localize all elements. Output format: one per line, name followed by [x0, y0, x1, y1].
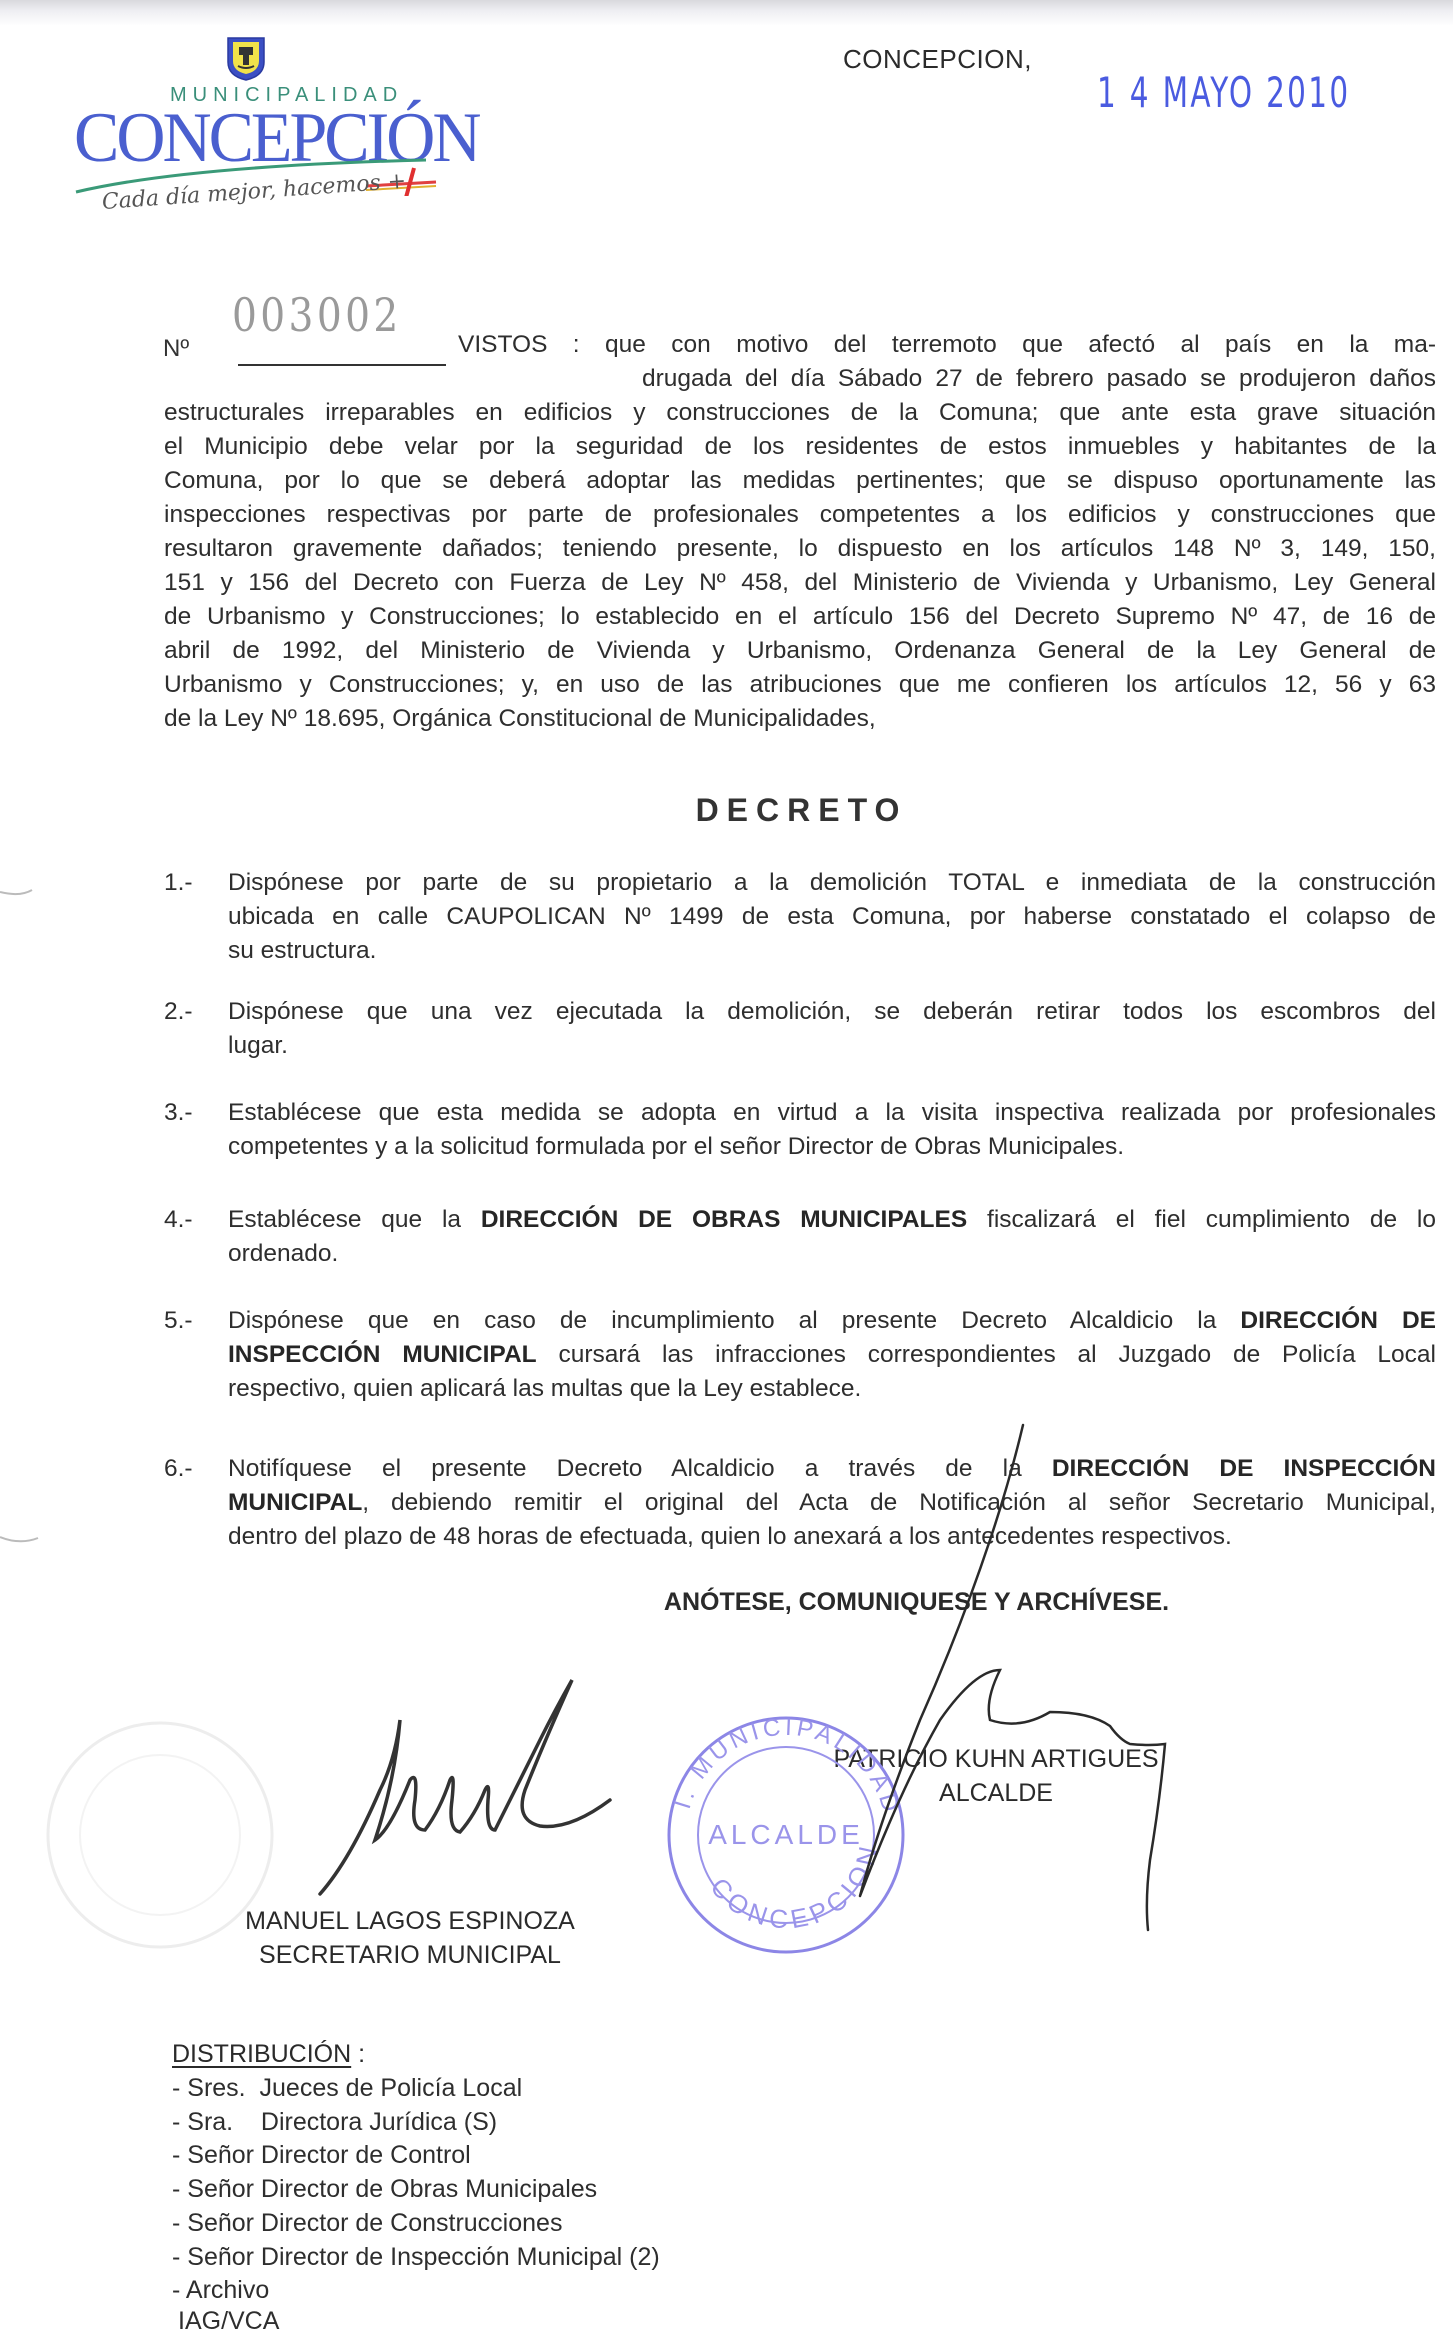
distribution-item: - Señor Director de Construcciones [172, 2207, 660, 2241]
vistos-line: de Urbanismo y Construcciones; lo establ… [164, 600, 1436, 634]
svg-text:CONCEPCION: CONCEPCION [704, 1839, 884, 1934]
item-number: 4.- [164, 1203, 193, 1237]
item-line: Notifíquese el presente Decreto Alcaldic… [228, 1452, 1436, 1486]
svg-text:ALCALDE: ALCALDE [708, 1819, 864, 1850]
scan-edge-shade [0, 0, 1453, 26]
secretary-title: SECRETARIO MUNICIPAL [210, 1938, 610, 1972]
vistos-line: VISTOS : que con motivo del terremoto qu… [458, 328, 1436, 362]
bold-entity: MUNICIPAL [228, 1489, 362, 1516]
secretary-signature-block: MANUEL LAGOS ESPINOZA SECRETARIO MUNICIP… [210, 1904, 610, 1972]
place-label: CONCEPCION, [843, 44, 1032, 75]
item-line: Dispónese por parte de su propietario a … [228, 866, 1436, 900]
margin-mark-icon [0, 890, 32, 894]
item-line: MUNICIPAL, debiendo remitir el original … [228, 1486, 1436, 1520]
item-line: Establécese que la DIRECCIÓN DE OBRAS MU… [228, 1203, 1436, 1237]
vistos-line: Comuna, por lo que se deberá adoptar las… [164, 464, 1436, 498]
item-line: Dispónese que en caso de incumplimiento … [228, 1304, 1436, 1338]
vistos-line: de la Ley Nº 18.695, Orgánica Constituci… [164, 702, 1436, 736]
date-stamp: 1 4 MAYO 2010 [1097, 68, 1350, 117]
item-line: su estructura. [228, 934, 1436, 968]
mayor-signature-block: PATRICIO KUHN ARTIGUES ALCALDE [806, 1742, 1186, 1810]
item-line: dentro del plazo de 48 horas de efectuad… [228, 1520, 1436, 1554]
distribution-item: - Señor Director de Control [172, 2139, 660, 2173]
bold-entity: INSPECCIÓN MUNICIPAL [228, 1341, 537, 1368]
vistos-line: abril de 1992, del Ministerio de Viviend… [164, 634, 1436, 668]
item-number: 6.- [164, 1452, 193, 1486]
item-line: ordenado. [228, 1237, 1436, 1271]
item-line: Establécese que esta medida se adopta en… [228, 1096, 1436, 1130]
distribution-list: - Sres. Jueces de Policía Local - Sra. D… [172, 2072, 660, 2308]
vistos-body: estructurales irreparables en edificios … [164, 396, 1436, 736]
item-line: Dispónese que una vez ejecutada la demol… [228, 995, 1436, 1029]
item-line: competentes y a la solicitud formulada p… [228, 1130, 1436, 1164]
vistos-line: inspecciones respectivas por parte de pr… [164, 498, 1436, 532]
margin-mark-icon [0, 1537, 38, 1541]
distribution-title: DISTRIBUCIÓN : [172, 2040, 365, 2069]
decree-number: 003002 [232, 288, 402, 342]
bold-entity: DIRECCIÓN DE [1240, 1307, 1436, 1334]
vistos-line: drugada del día Sábado 27 de febrero pas… [642, 362, 1436, 396]
bold-entity: DIRECCIÓN DE INSPECCIÓN [1052, 1455, 1436, 1482]
decree-title: DECRETO [0, 792, 1453, 829]
decree-number-underline [238, 364, 446, 366]
closing-formula: ANÓTESE, COMUNIQUESE Y ARCHÍVESE. [0, 1588, 1453, 1617]
item-number: 3.- [164, 1096, 193, 1130]
item-line: respectivo, quien aplicará las multas qu… [228, 1372, 1436, 1406]
distribution-item: - Señor Director de Inspección Municipal… [172, 2241, 660, 2275]
vistos-line: estructurales irreparables en edificios … [164, 396, 1436, 430]
distribution-item: - Sres. Jueces de Policía Local [172, 2072, 660, 2106]
mayor-title: ALCALDE [806, 1776, 1186, 1810]
item-number: 1.- [164, 866, 193, 900]
vistos-line: resultaron gravemente dañados; teniendo … [164, 532, 1436, 566]
distribution-item: - Sra. Directora Jurídica (S) [172, 2106, 660, 2140]
item-number: 5.- [164, 1304, 193, 1338]
item-line: INSPECCIÓN MUNICIPAL cursará las infracc… [228, 1338, 1436, 1372]
distribution-item: - Señor Director de Obras Municipales [172, 2173, 660, 2207]
item-line: ubicada en calle CAUPOLICAN Nº 1499 de e… [228, 900, 1436, 934]
bold-entity: DIRECCIÓN DE OBRAS MUNICIPALES [481, 1206, 967, 1233]
secretary-name: MANUEL LAGOS ESPINOZA [210, 1904, 610, 1938]
typist-initials: IAG/VCA [178, 2307, 279, 2333]
municipality-logo: MUNICIPALIDAD CONCEPCIÓN Cada día mejor,… [66, 36, 446, 236]
vistos-line: 151 y 156 del Decreto con Fuerza de Ley … [164, 566, 1436, 600]
secretary-handwritten-signature-icon [320, 1680, 610, 1894]
vistos-line: el Municipio debe velar por la seguridad… [164, 430, 1436, 464]
decree-number-label: Nº [163, 335, 189, 363]
item-line: lugar. [228, 1029, 1436, 1063]
mayor-name: PATRICIO KUHN ARTIGUES [806, 1742, 1186, 1776]
distribution-item: - Archivo [172, 2274, 660, 2308]
vistos-line: Urbanismo y Construcciones; y, en uso de… [164, 668, 1436, 702]
item-number: 2.- [164, 995, 193, 1029]
coat-of-arms-icon [226, 36, 266, 82]
